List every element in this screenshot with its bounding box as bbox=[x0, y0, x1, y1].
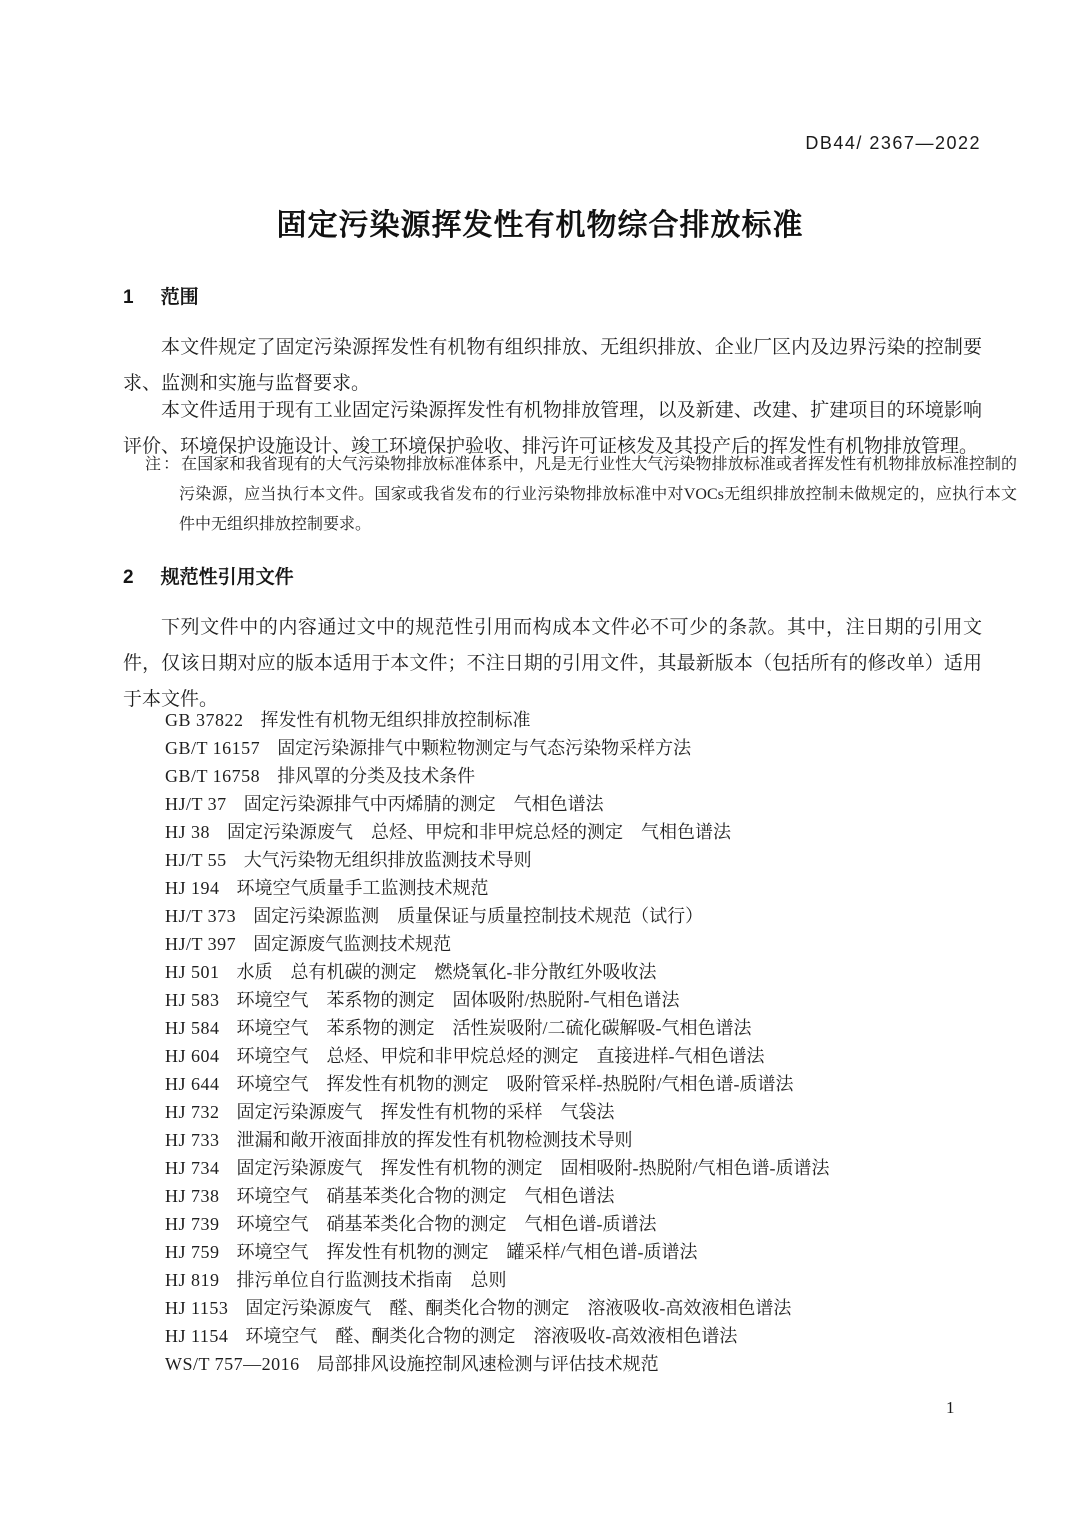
reference-code: HJ/T 397 bbox=[165, 930, 236, 958]
reference-item: GB 37822挥发性有机物无组织排放控制标准 bbox=[165, 706, 985, 734]
reference-code: HJ 759 bbox=[165, 1238, 220, 1266]
reference-code: HJ 644 bbox=[165, 1070, 220, 1098]
reference-code: HJ 738 bbox=[165, 1182, 220, 1210]
reference-code: HJ 1153 bbox=[165, 1294, 228, 1322]
reference-title: 环境空气 硝基苯类化合物的测定 气相色谱法 bbox=[237, 1186, 615, 1206]
reference-code: HJ 732 bbox=[165, 1098, 220, 1126]
reference-item: HJ 739环境空气 硝基苯类化合物的测定 气相色谱-质谱法 bbox=[165, 1210, 985, 1238]
reference-code: HJ 583 bbox=[165, 986, 220, 1014]
note-label: 注： bbox=[145, 456, 181, 473]
reference-item: HJ 644环境空气 挥发性有机物的测定 吸附管采样-热脱附/气相色谱-质谱法 bbox=[165, 1070, 985, 1098]
reference-code: GB/T 16157 bbox=[165, 734, 260, 762]
reference-item: HJ 584环境空气 苯系物的测定 活性炭吸附/二硫化碳解吸-气相色谱法 bbox=[165, 1014, 985, 1042]
reference-code: HJ/T 37 bbox=[165, 790, 227, 818]
reference-title: 大气污染物无组织排放监测技术导则 bbox=[244, 850, 532, 870]
reference-item: HJ/T 373固定污染源监测 质量保证与质量控制技术规范（试行） bbox=[165, 902, 985, 930]
reference-code: HJ 1154 bbox=[165, 1322, 228, 1350]
reference-title: 环境空气 硝基苯类化合物的测定 气相色谱-质谱法 bbox=[237, 1214, 657, 1234]
reference-title: 固定污染源排气中丙烯腈的测定 气相色谱法 bbox=[244, 794, 604, 814]
references-list: GB 37822挥发性有机物无组织排放控制标准GB/T 16157固定污染源排气… bbox=[165, 706, 985, 1378]
reference-code: HJ 194 bbox=[165, 874, 220, 902]
section-1-number: 1 bbox=[123, 287, 134, 309]
page-number: 1 bbox=[946, 1398, 955, 1418]
reference-title: 环境空气 醛、酮类化合物的测定 溶液吸收-高效液相色谱法 bbox=[245, 1326, 737, 1346]
references-intro-paragraph: 下列文件中的内容通过文中的规范性引用而构成本文件必不可少的条款。其中，注日期的引… bbox=[123, 610, 982, 718]
reference-code: WS/T 757—2016 bbox=[165, 1350, 300, 1378]
reference-code: HJ 733 bbox=[165, 1126, 220, 1154]
reference-item: WS/T 757—2016局部排风设施控制风速检测与评估技术规范 bbox=[165, 1350, 985, 1378]
reference-code: HJ/T 373 bbox=[165, 902, 236, 930]
reference-title: 固定污染源废气 挥发性有机物的测定 固相吸附-热脱附/气相色谱-质谱法 bbox=[237, 1158, 830, 1178]
reference-item: GB/T 16758排风罩的分类及技术条件 bbox=[165, 762, 985, 790]
reference-title: 固定污染源废气 总烃、甲烷和非甲烷总烃的测定 气相色谱法 bbox=[227, 822, 731, 842]
reference-item: HJ 819排污单位自行监测技术指南 总则 bbox=[165, 1266, 985, 1294]
section-2-number: 2 bbox=[123, 567, 134, 589]
reference-item: HJ 734固定污染源废气 挥发性有机物的测定 固相吸附-热脱附/气相色谱-质谱… bbox=[165, 1154, 985, 1182]
reference-title: 环境空气 总烃、甲烷和非甲烷总烃的测定 直接进样-气相色谱法 bbox=[237, 1046, 765, 1066]
reference-title: 环境空气 挥发性有机物的测定 吸附管采样-热脱附/气相色谱-质谱法 bbox=[237, 1074, 794, 1094]
reference-item: HJ/T 37固定污染源排气中丙烯腈的测定 气相色谱法 bbox=[165, 790, 985, 818]
document-code: DB44/ 2367—2022 bbox=[805, 133, 981, 154]
reference-code: HJ 584 bbox=[165, 1014, 220, 1042]
section-2-heading: 2规范性引用文件 bbox=[123, 562, 983, 589]
reference-title: 固定污染源废气 醛、酮类化合物的测定 溶液吸收-高效液相色谱法 bbox=[245, 1298, 791, 1318]
reference-code: GB 37822 bbox=[165, 706, 244, 734]
reference-code: HJ 734 bbox=[165, 1154, 220, 1182]
reference-title: 泄漏和敞开液面排放的挥发性有机物检测技术导则 bbox=[237, 1130, 633, 1150]
reference-title: 环境空气质量手工监测技术规范 bbox=[237, 878, 489, 898]
reference-title: 排污单位自行监测技术指南 总则 bbox=[237, 1270, 507, 1290]
reference-item: HJ 38固定污染源废气 总烃、甲烷和非甲烷总烃的测定 气相色谱法 bbox=[165, 818, 985, 846]
section-2-title: 规范性引用文件 bbox=[161, 567, 294, 588]
reference-title: 环境空气 苯系物的测定 活性炭吸附/二硫化碳解吸-气相色谱法 bbox=[237, 1018, 752, 1038]
reference-title: 水质 总有机碳的测定 燃烧氧化-非分散红外吸收法 bbox=[237, 962, 657, 982]
reference-code: HJ 604 bbox=[165, 1042, 220, 1070]
reference-code: GB/T 16758 bbox=[165, 762, 260, 790]
reference-item: HJ 604环境空气 总烃、甲烷和非甲烷总烃的测定 直接进样-气相色谱法 bbox=[165, 1042, 985, 1070]
scope-note: 注：在国家和我省现有的大气污染物排放标准体系中，凡是无行业性大气污染物排放标准或… bbox=[145, 450, 1017, 540]
reference-title: 环境空气 苯系物的测定 固体吸附/热脱附-气相色谱法 bbox=[237, 990, 680, 1010]
reference-item: GB/T 16157固定污染源排气中颗粒物测定与气态污染物采样方法 bbox=[165, 734, 985, 762]
reference-title: 挥发性有机物无组织排放控制标准 bbox=[261, 710, 531, 730]
reference-item: HJ 732固定污染源废气 挥发性有机物的采样 气袋法 bbox=[165, 1098, 985, 1126]
section-1-title: 范围 bbox=[161, 287, 199, 308]
reference-item: HJ 583环境空气 苯系物的测定 固体吸附/热脱附-气相色谱法 bbox=[165, 986, 985, 1014]
reference-item: HJ 1154环境空气 醛、酮类化合物的测定 溶液吸收-高效液相色谱法 bbox=[165, 1322, 985, 1350]
reference-item: HJ 733泄漏和敞开液面排放的挥发性有机物检测技术导则 bbox=[165, 1126, 985, 1154]
reference-item: HJ 1153固定污染源废气 醛、酮类化合物的测定 溶液吸收-高效液相色谱法 bbox=[165, 1294, 985, 1322]
reference-code: HJ 739 bbox=[165, 1210, 220, 1238]
reference-item: HJ/T 55大气污染物无组织排放监测技术导则 bbox=[165, 846, 985, 874]
reference-item: HJ 738环境空气 硝基苯类化合物的测定 气相色谱法 bbox=[165, 1182, 985, 1210]
document-title: 固定污染源挥发性有机物综合排放标准 bbox=[0, 200, 1080, 244]
reference-code: HJ/T 55 bbox=[165, 846, 227, 874]
reference-title: 局部排风设施控制风速检测与评估技术规范 bbox=[317, 1354, 659, 1374]
reference-title: 排风罩的分类及技术条件 bbox=[277, 766, 475, 786]
reference-title: 固定源废气监测技术规范 bbox=[253, 934, 451, 954]
reference-code: HJ 819 bbox=[165, 1266, 220, 1294]
reference-code: HJ 38 bbox=[165, 818, 210, 846]
section-1-heading: 1范围 bbox=[123, 282, 983, 309]
reference-title: 固定污染源监测 质量保证与质量控制技术规范（试行） bbox=[253, 906, 703, 926]
scope-paragraph-1: 本文件规定了固定污染源挥发性有机物有组织排放、无组织排放、企业厂区内及边界污染的… bbox=[123, 330, 982, 402]
reference-item: HJ/T 397固定源废气监测技术规范 bbox=[165, 930, 985, 958]
reference-title: 固定污染源废气 挥发性有机物的采样 气袋法 bbox=[237, 1102, 615, 1122]
reference-code: HJ 501 bbox=[165, 958, 220, 986]
reference-title: 环境空气 挥发性有机物的测定 罐采样/气相色谱-质谱法 bbox=[237, 1242, 698, 1262]
note-text: 在国家和我省现有的大气污染物排放标准体系中，凡是无行业性大气污染物排放标准或者挥… bbox=[179, 456, 1017, 533]
reference-item: HJ 194环境空气质量手工监测技术规范 bbox=[165, 874, 985, 902]
reference-item: HJ 759环境空气 挥发性有机物的测定 罐采样/气相色谱-质谱法 bbox=[165, 1238, 985, 1266]
document-page: DB44/ 2367—2022 固定污染源挥发性有机物综合排放标准 1范围 本文… bbox=[0, 0, 1080, 1527]
reference-item: HJ 501水质 总有机碳的测定 燃烧氧化-非分散红外吸收法 bbox=[165, 958, 985, 986]
reference-title: 固定污染源排气中颗粒物测定与气态污染物采样方法 bbox=[277, 738, 691, 758]
